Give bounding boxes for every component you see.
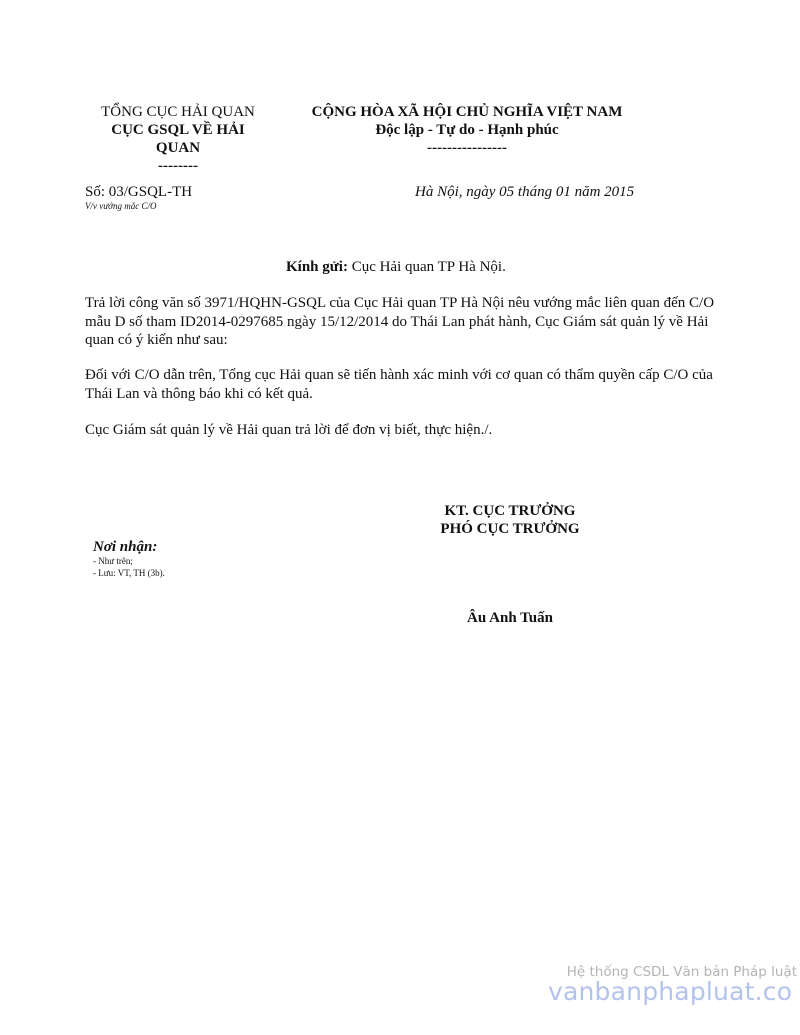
recipients-label: Nơi nhận: xyxy=(93,538,157,556)
national-motto: Độc lập - Tự do - Hạnh phúc xyxy=(282,121,652,139)
issuing-agency-block: TỔNG CỤC HẢI QUAN CỤC GSQL VỀ HẢI QUAN -… xyxy=(88,103,268,175)
signer-title-line1: KT. CỤC TRƯỞNG xyxy=(420,502,600,520)
nation-name: CỘNG HÒA XÃ HỘI CHỦ NGHĨA VIỆT NAM xyxy=(282,103,652,121)
agency-name-line1: CỤC GSQL VỀ HẢI xyxy=(88,121,268,139)
signer-title-block: KT. CỤC TRƯỞNG PHÓ CỤC TRƯỞNG xyxy=(420,502,600,538)
document-date: Hà Nội, ngày 05 tháng 01 năm 2015 xyxy=(415,183,634,201)
signer-title-line2: PHÓ CỤC TRƯỞNG xyxy=(420,520,600,538)
recipients-list: - Như trên; - Lưu: VT, TH (3b). xyxy=(93,555,165,579)
header-left-separator: -------- xyxy=(88,157,268,175)
recipient-item: - Lưu: VT, TH (3b). xyxy=(93,567,165,579)
recipient-item: - Như trên; xyxy=(93,555,165,567)
agency-name-line2: QUAN xyxy=(88,139,268,157)
body-paragraph: Trả lời công văn số 3971/HQHN-GSQL của C… xyxy=(85,294,720,350)
parent-agency-name: TỔNG CỤC HẢI QUAN xyxy=(88,103,268,121)
document-number: Số: 03/GSQL-TH xyxy=(85,183,192,201)
addressee-line: Kính gửi: Cục Hải quan TP Hà Nội. xyxy=(286,258,506,276)
addressee-label: Kính gửi: xyxy=(286,259,348,275)
body-paragraph: Cục Giám sát quản lý về Hải quan trả lời… xyxy=(85,421,720,440)
header-right-separator: ---------------- xyxy=(282,139,652,157)
watermark-site-name: vanbanphapluat.co xyxy=(548,977,800,1007)
addressee-name: Cục Hải quan TP Hà Nội. xyxy=(348,259,506,275)
document-subject: V/v vướng mắc C/O xyxy=(85,201,156,212)
signer-name: Âu Anh Tuấn xyxy=(420,609,600,627)
body-paragraph: Đối với C/O dẫn trên, Tổng cục Hải quan … xyxy=(85,366,720,403)
national-header-block: CỘNG HÒA XÃ HỘI CHỦ NGHĨA VIỆT NAM Độc l… xyxy=(282,103,652,157)
